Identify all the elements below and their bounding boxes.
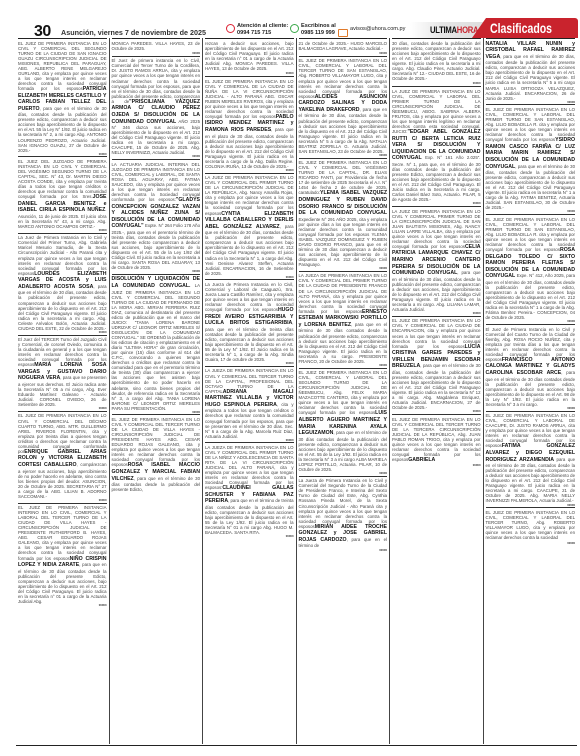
notice-text: EL JUEZ DE PRIMERA INSTANCIA EN LO CIVIL… — [18, 413, 107, 453]
notice-text: LA JUEZ DE PRIMERA INSTANCIA EN LO CIVIL… — [112, 283, 201, 411]
section-title: Clasificados — [490, 21, 552, 36]
notice-text: Exp. N° 161 Año 2.025". Secre. N° 1, par… — [392, 155, 481, 202]
notice-text: EL JUEZ DE PRIMERA INSTANCIA EN LO CIVIL… — [299, 58, 388, 98]
notice-text: , para que en el término de 30 días, con… — [486, 54, 576, 101]
legal-notice: DISOLUCIÓN Y LIQUIDACIÓN DE LA COMUNIDAD… — [112, 274, 201, 415]
notice-text: Expe. N° 412, Año 2025, para que en el t… — [486, 273, 576, 320]
customer-service-contact: Atención al cliente: 0994 715 715 — [226, 23, 288, 36]
legal-notice: MONICA PAREDES. VILLA HAYES, 23 de Octub… — [112, 38, 201, 56]
notice-text: Expediente N° 291 AÑO 2025, cita y empla… — [299, 217, 388, 267]
notice-text: EL JUEZ DE PRIMERA INSTANCIA EN LO CIVIL… — [205, 79, 294, 119]
notice-text: EL JUEZ DE PRIMERA INSTANCIA INTERINO EN… — [18, 505, 107, 560]
bottom-rule — [16, 745, 577, 746]
legal-notice: EL JUEZ DE PRIMERA INSTANCIA EN LO CIVIL… — [299, 56, 388, 158]
page-header: 30 Asunción, viernes 7 de noviembre de 2… — [0, 0, 580, 38]
legal-notice: LA JUEZ DE PRIMERA INSTANCIA EN LO CIVIL… — [392, 206, 481, 316]
notice-text: Expte. N° 264 Folio 178 Año 2025.-, para… — [112, 223, 201, 270]
notice-text: EL JUEZ DEL JUZGADO DE PRIMERA INSTANCIA… — [18, 159, 107, 199]
legal-notice: EL JUEZ DE PRIMERA INSTANCIA EN LO CIVIL… — [18, 411, 107, 503]
legal-notice: EL JUEZ DE PRIMERA INSTANCIA EN LO CIVIL… — [392, 414, 481, 467]
whatsapp-contact: Escribinos al 0985 119 999 — [290, 23, 336, 36]
notice-text: rezcan a deducir sus acciones, bajo aper… — [205, 41, 294, 71]
legal-notice: LA JUEZ DE PRIMERA INSTANCIA EN LO CIVIL… — [205, 173, 294, 280]
notice-text: , para que en el término de treinta días… — [205, 320, 294, 362]
legal-notice: EL JUEZ DE PRIMERA INSTANCIA EN LO CIVIL… — [486, 214, 576, 324]
notice-code: 00000 — [486, 542, 576, 546]
notice-text: para que en el término de 30 días, conta… — [486, 457, 576, 504]
legal-notice: 30 días, contados desde la publicación d… — [392, 38, 481, 86]
column: EL JUEZ DE PRIMERA INSTANCIA EN LO CIVIL… — [16, 38, 110, 744]
notice-text: , para que en el término de 30 días, con… — [392, 363, 481, 410]
legal-notice: La Juez de Primera Instancia en lo Civil… — [18, 233, 107, 335]
notice-code: 00000 — [392, 464, 481, 468]
notice-text: , para que en el término de 30 días, con… — [18, 284, 107, 331]
notice-text: MONICA PAREDES. VILLA HAYES, 23 de Octub… — [112, 41, 201, 51]
section-banner: ULTIMAHORA Clasificados — [410, 18, 580, 38]
notice-code: 00000 — [299, 549, 388, 553]
email-contact: avisos@uhora.com.py — [338, 26, 405, 37]
brand-logo: ULTIMAHORA — [430, 25, 478, 35]
contact-phone[interactable]: 0985 119 999 — [301, 30, 336, 37]
legal-notice: LA ACTUARIA JUDICIAL INTERINA DEL JUZGAD… — [112, 159, 201, 274]
legal-notice: EL JUEZ DE PRIMERA INSTANCIA EN LO CIVIL… — [392, 316, 481, 414]
legal-notice: EL JUEZ DEL JUZGADO DE PRIMERA INSTANCIA… — [18, 156, 107, 232]
notice-text: 30 días, contados desde la publicación d… — [392, 41, 481, 81]
legal-notice: LA JUEZA DE PRIMERA INSTANCIA EN LO CIVI… — [205, 442, 294, 539]
legal-notice: 21 de Octubre de 2025.- HUGO MARCELO BAL… — [299, 38, 388, 56]
legal-notice: EL JUEZ DE PRIMERA INSTANCIA EN LO CIVIL… — [486, 411, 576, 508]
notice-text: EL JUEZ DE PRIMERA INSTANCIA EN LO CIVIL… — [18, 41, 107, 91]
legal-notice: EL JUEZ DE PRIMERA INSTANCIA EN LO CIVIL… — [299, 368, 388, 476]
classifieds-columns: EL JUEZ DE PRIMERA INSTANCIA EN LO CIVIL… — [16, 38, 577, 748]
whatsapp-icon — [290, 24, 299, 33]
legal-notice: EL JUEZ DE PRIMERA INSTANCIA EN LO CIVIL… — [18, 38, 107, 156]
notice-parties: DISOLUCIÓN Y LIQUIDACIÓN DE LA COMUNIDAD… — [112, 276, 201, 289]
legal-notice: El Juez de Primera Instancia en lo Civil… — [486, 324, 576, 411]
notice-text: El Juez de primera instancia en lo Civil… — [112, 58, 201, 103]
contact-phone[interactable]: 0994 715 715 — [237, 30, 288, 37]
notice-code: 00000 — [205, 535, 294, 539]
notice-text: , para que en el término de 30 días, con… — [299, 107, 388, 154]
legal-notice: La Jueza de Primera Instancia en lo Civi… — [299, 476, 388, 552]
legal-notice: EL JUEZ DE PRIMERA INSTANCIA EN LO CIVIL… — [299, 158, 388, 271]
notice-text: LA JUEZ DE PRIMERA INSTANCIA EN LO CIVIL… — [392, 209, 481, 249]
notice-text: EL JUEZ DE PRIMERA INSTANCIA EN LO CIVIL… — [486, 510, 576, 540]
notice-text: 21 de Octubre de 2025.- HUGO MARCELO BAL… — [299, 41, 388, 51]
legal-notice: LA JUEZA DE PRIMERA INSTANCIA EN LO CIVI… — [299, 271, 388, 368]
notice-text: , para que en el término de 30 días, con… — [486, 164, 576, 211]
notice-code: 00000 — [18, 604, 107, 608]
column: 21 de Octubre de 2025.- HUGO MARCELO BAL… — [297, 38, 391, 744]
legal-notice: EL JUEZ DE PRIMERA INSTANCIA EN LO CIVIL… — [205, 76, 294, 173]
column: NATALIA VILLAR NUNIN y CRISTOBAL RAFAEL … — [484, 38, 578, 744]
notice-text: EL JUEZ DE PRIMERA INSTANCIA EN LO CIVIL… — [112, 417, 201, 467]
notice-text: , para que en el término de 30 días, con… — [392, 270, 481, 312]
column: rezcan a deducir sus acciones, bajo aper… — [203, 38, 297, 744]
legal-notice: EL JUEZ DE PRIMERA INSTANCIA EN LO CIVIL… — [486, 507, 576, 545]
column: MONICA PAREDES. VILLA HAYES, 23 de Octub… — [110, 38, 204, 744]
notice-text: , para que en el término de 30 días cont… — [18, 562, 107, 604]
contact-email[interactable]: avisos@uhora.com.py — [350, 26, 405, 33]
notice-text: , para que en el término de 30 días, con… — [205, 224, 294, 276]
notice-text: EL JUEZ DE PRIMERA INSTANCIA EN LO CIVIL… — [299, 370, 388, 415]
contact-label: Atención al cliente: — [237, 23, 288, 30]
notice-text: EL JUEZ DE PRIMERA INSTANCIA EN LO CIVIL… — [392, 417, 481, 462]
notice-text: LA JUEZ DE PRIMERA INSTANCIA EN LO CIVIL… — [392, 89, 481, 134]
mail-icon — [338, 29, 348, 37]
notice-text: , para que en el término de 30 días, con… — [18, 106, 107, 153]
column: 30 días, contados desde la publicación d… — [390, 38, 484, 744]
issue-date: Asunción, viernes 7 de noviembre de 2025 — [61, 28, 206, 37]
legal-notice: EL JUEZ DE PRIMERA INSTANCIA EN LO CIVIL… — [112, 414, 201, 492]
notice-code — [112, 492, 201, 493]
contact-label: Escribinos al — [301, 23, 336, 30]
notice-text: , para que en el plazo de 30 días, conta… — [205, 127, 294, 169]
legal-notice: LA JUEZA DE PRIMERA INSTANCIA EN LO CIVI… — [205, 366, 294, 442]
notice-text: LA JUEZ DE PRIMERA INSTANCIA EN LO CIVIL… — [205, 175, 294, 215]
notice-text: La Jueza de Primera Instancia en lo Civi… — [299, 478, 388, 528]
legal-notice: El Juez de primera instancia en lo Civil… — [112, 56, 201, 159]
legal-notice: LA JUEZ DE PRIMERA INSTANCIA EN LO CIVIL… — [392, 86, 481, 206]
legal-notice: rezcan a deducir sus acciones, bajo aper… — [205, 38, 294, 76]
notice-text: La Juez de Primera Instancia en lo Civil… — [18, 235, 107, 275]
legal-notice: El Juez del TERCER Turno del Juzgado Civ… — [18, 335, 107, 411]
legal-notice: EL JUEZ DE PRIMERA INSTANCIA INTERINO EN… — [18, 503, 107, 608]
notice-text: LA ACTUARIA JUDICIAL INTERINA DEL JUZGAD… — [112, 162, 201, 202]
legal-notice: NATALIA VILLAR NUNIN y CRISTOBAL RAFAEL … — [486, 38, 576, 104]
notice-parties: GABRIELA — [408, 457, 435, 463]
legal-notice: EL JUEZ DE PRIMERA INSTANCIA EN LO CIVIL… — [486, 104, 576, 214]
notice-text: , para que en el término de 30 días cont… — [299, 322, 388, 364]
notice-text: , para que en el término de 30 días cont… — [299, 430, 388, 472]
legal-notice: La Jueza de Primera Instancia en lo Civi… — [205, 279, 294, 366]
notice-text: LA JUEZA DE PRIMERA INSTANCIA EN LO CIVI… — [299, 273, 388, 313]
whatsapp-phone-icon — [226, 24, 235, 33]
notice-text: LA JUEZA DE PRIMERA INSTANCIA EN LO CIVI… — [205, 445, 294, 490]
